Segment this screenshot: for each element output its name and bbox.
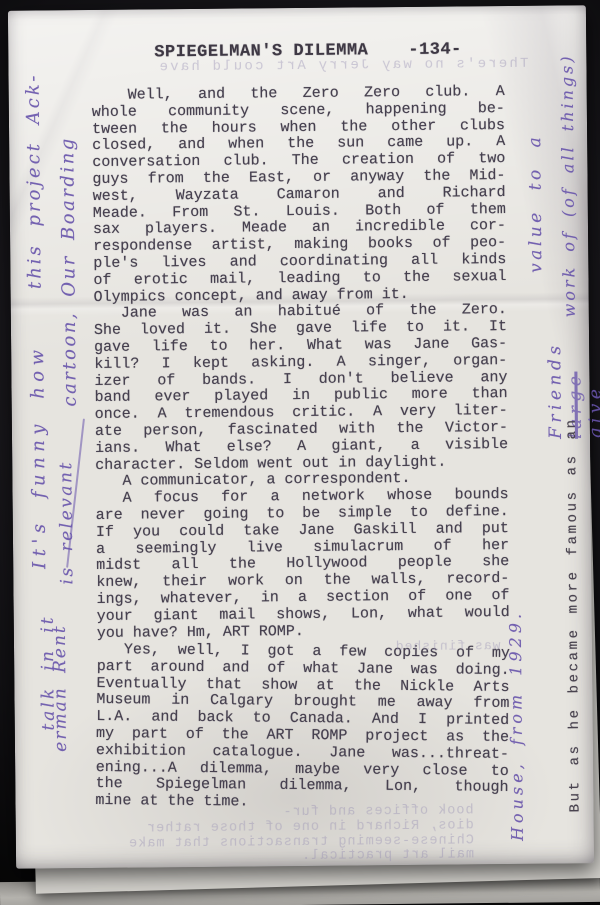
page-header: SPIEGELMAN'S DILEMMA -134- <box>154 40 462 62</box>
page-number: -134- <box>408 40 462 60</box>
typed-paragraph: Jane was an habitué of the Zero.She love… <box>94 302 509 474</box>
typed-paragraph: Yes, well, I got a few copies of mypart … <box>95 642 510 814</box>
photo-background: There's no way Jerry Art could have SPIE… <box>0 0 600 905</box>
document-page: There's no way Jerry Art could have SPIE… <box>8 5 594 869</box>
margin-note-right-bottom: House, from 1929. <box>506 610 527 841</box>
margin-note-right-upper: value to a <box>525 134 546 273</box>
margin-note-left-inner-bottom: erman Rent <box>50 624 71 752</box>
typed-paragraph: A focus for a network whose boundsare ne… <box>96 487 510 642</box>
margin-note-right-top: work of (of all things) <box>557 53 579 317</box>
typed-body: Well, and the Zero Zero club. Awhole com… <box>92 84 512 810</box>
bleedthrough-bottom-block: book offices and fur-dios, Richard in on… <box>78 804 475 867</box>
margin-note-word: Friends <box>545 341 566 439</box>
page-title: SPIEGELMAN'S DILEMMA <box>154 41 368 62</box>
margin-note-word: give <box>586 384 600 438</box>
bleedthrough-mid-line: was finished. <box>386 638 501 654</box>
margin-note-right-middle: Friends large give <box>525 331 600 499</box>
margin-note-left-outer-middle: It's funny how <box>27 344 50 569</box>
margin-note-left-outer-top: this project Ack- <box>22 72 45 289</box>
margin-note-left-inner-top: cartoon, Our Boarding <box>57 136 81 407</box>
typed-paragraph: Well, and the Zero Zero club. Awhole com… <box>92 84 507 306</box>
